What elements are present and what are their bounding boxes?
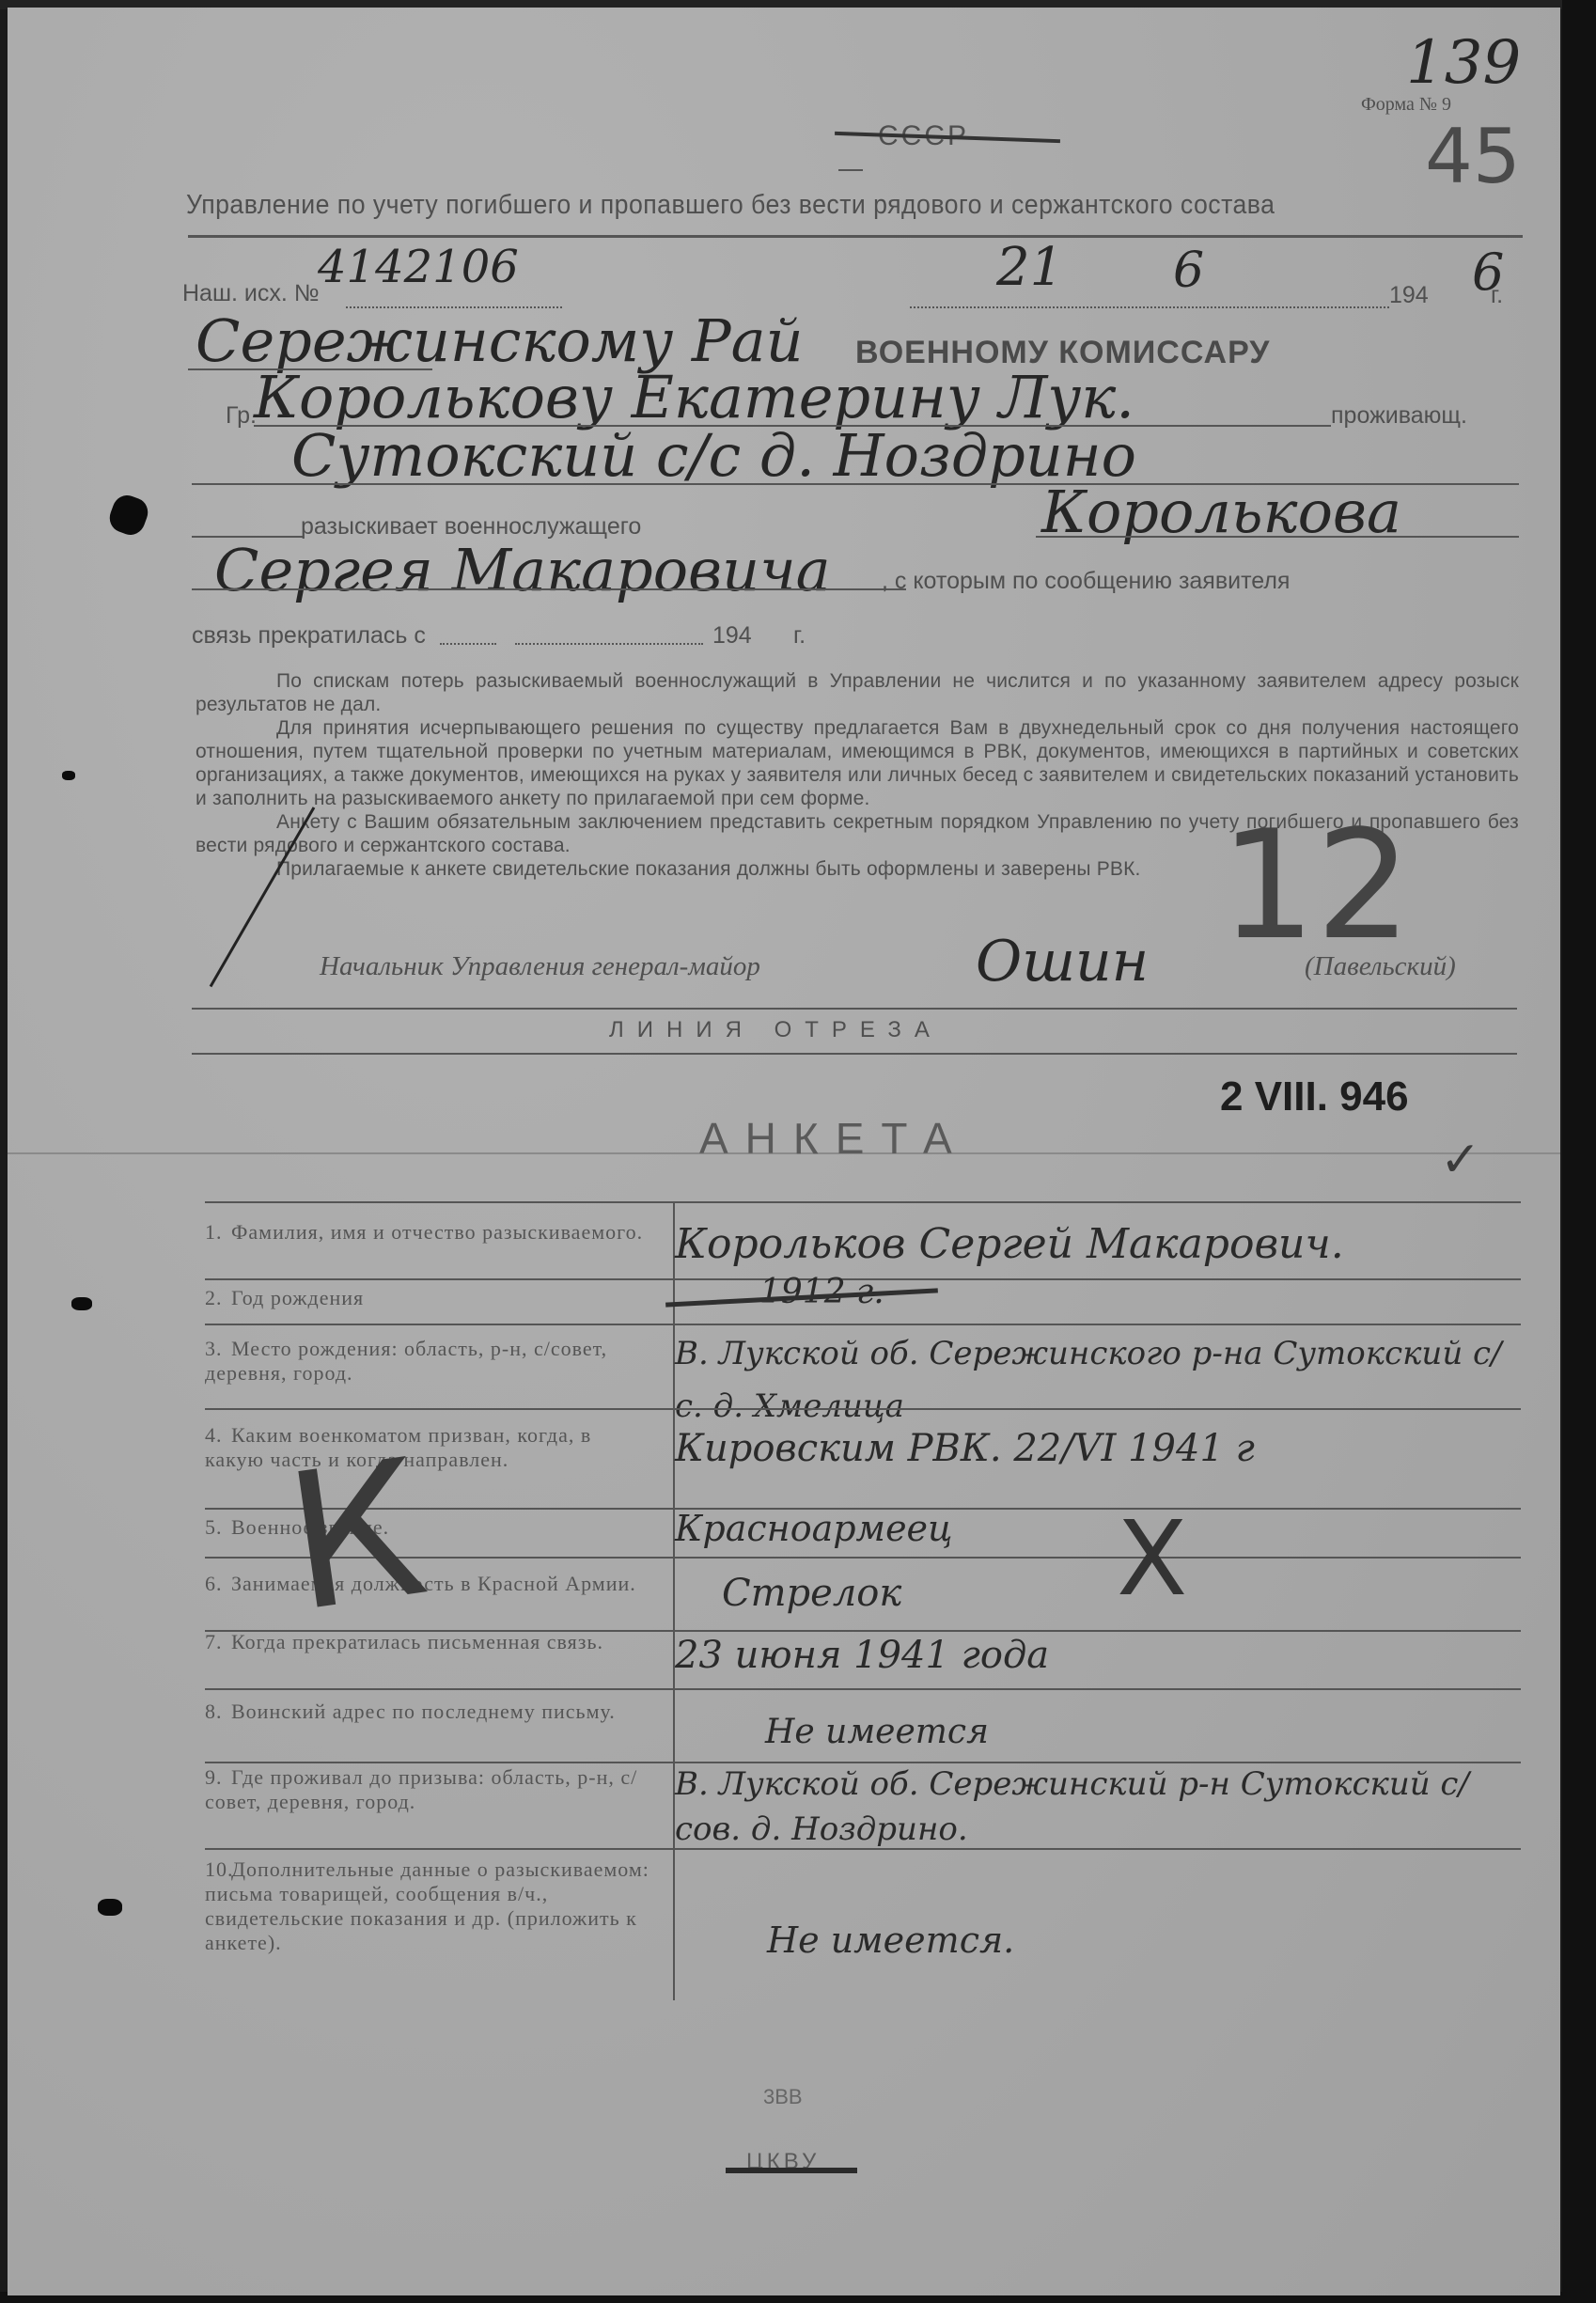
answer-value: В. Лукской об. Сережинского р-на Сутокск… — [675, 1327, 1521, 1433]
question-label: 9.Где проживал до призыва: область, р-н,… — [205, 1765, 656, 1814]
answer-value: Корольков Сергей Макарович. — [675, 1220, 1344, 1268]
searched-line-right — [1036, 536, 1519, 538]
question-label: 8.Воинский адрес по последнему письму. — [205, 1700, 656, 1724]
lost-contact-month — [515, 643, 703, 645]
applicant-prefix: Гр. — [226, 402, 257, 430]
body-paragraph: Для принятия исчерпывающего решения по с… — [196, 716, 1519, 810]
cut-line-bottom — [192, 1053, 1517, 1055]
question-label: 1.Фамилия, имя и отчество разыскиваемого… — [205, 1220, 656, 1245]
date-year-prefix: 194 — [1389, 282, 1429, 309]
table-row-divider — [205, 1408, 1521, 1410]
body-paragraph: По спискам потерь разыскиваемый военносл… — [196, 669, 1519, 716]
question-label: 5.Военное звание. — [205, 1515, 656, 1540]
applicant-suffix: проживающ. — [1331, 402, 1467, 430]
outgoing-label: Наш. исх. № — [182, 280, 320, 307]
date-year-unit: г. — [1491, 282, 1503, 309]
footer-code: 3ВВ — [763, 2085, 803, 2109]
question-label: 10.Дополнительные данные о разыскиваемом… — [205, 1857, 656, 1955]
country-underline — [838, 169, 863, 171]
check-mark-icon: ✓ — [1440, 1132, 1481, 1188]
paper-hole — [71, 1297, 92, 1310]
question-label: 4.Каким военкоматом призван, когда, в ка… — [205, 1423, 656, 1472]
header-divider — [188, 235, 1523, 238]
date-line — [910, 306, 1389, 308]
signature-label: Начальник Управления генерал-майор — [320, 951, 760, 982]
cut-line-label: ЛИНИЯ ОТРЕЗА — [609, 1017, 943, 1043]
lost-contact-year: 194 — [712, 622, 752, 650]
paper-hole — [105, 492, 151, 540]
paper-hole — [98, 1899, 122, 1916]
date-day: 21 — [996, 237, 1063, 298]
table-column-divider — [673, 1201, 675, 2000]
answer-value: Кировским РВК. 22/VI 1941 г — [675, 1427, 1255, 1470]
questionnaire-title: АНКЕТА — [699, 1113, 969, 1164]
outgoing-number: 4142106 — [318, 241, 519, 293]
cross-mark-icon: X — [1117, 1498, 1187, 1619]
margin-number: 12 — [1220, 797, 1412, 973]
lost-contact-unit: г. — [793, 622, 806, 650]
table-top-border — [205, 1201, 1521, 1203]
signature: Ошин — [976, 929, 1149, 995]
answer-value: Не имеется — [765, 1713, 989, 1751]
contact-text: , с которым по сообщению заявителя — [882, 568, 1290, 595]
footer-strike — [726, 2168, 857, 2173]
receipt-stamp: 2 VIII. 946 — [1220, 1073, 1409, 1120]
sheet-number-pencil: 45 — [1425, 113, 1521, 200]
sheet-number: 139 — [1406, 28, 1521, 98]
answer-value: 23 июня 1941 года — [675, 1634, 1049, 1677]
date-month: 6 — [1173, 243, 1204, 299]
answer-value: Не имеется. — [767, 1919, 1014, 1961]
applicant-address: Сутокский с/с д. Ноздрино — [291, 421, 1136, 490]
scan-border-right — [1562, 0, 1596, 2303]
question-label: 2.Год рождения — [205, 1286, 656, 1310]
table-row-divider — [205, 1848, 1521, 1850]
name-line — [192, 588, 906, 590]
lost-contact-label: связь прекратилась с — [192, 622, 426, 650]
paper-hole — [62, 771, 75, 780]
searched-first-patronymic: Сергея Макаровича — [214, 536, 831, 604]
lost-contact-day — [440, 643, 496, 645]
answer-value: Стрелок — [722, 1572, 901, 1615]
organization-title: Управление по учету погибшего и пропавше… — [186, 190, 1275, 221]
table-row-divider — [205, 1688, 1521, 1690]
document-page: 139 Форма № 9 45 СССР Управление по учет… — [8, 8, 1560, 2295]
cut-line-top — [192, 1008, 1517, 1010]
table-row-divider — [205, 1324, 1521, 1325]
answer-value: Красноармеец — [675, 1508, 953, 1549]
question-label: 3.Место рождения: область, р-н, с/совет,… — [205, 1337, 656, 1386]
answer-value: В. Лукской об. Сережинский р-н Сутокский… — [675, 1762, 1521, 1852]
